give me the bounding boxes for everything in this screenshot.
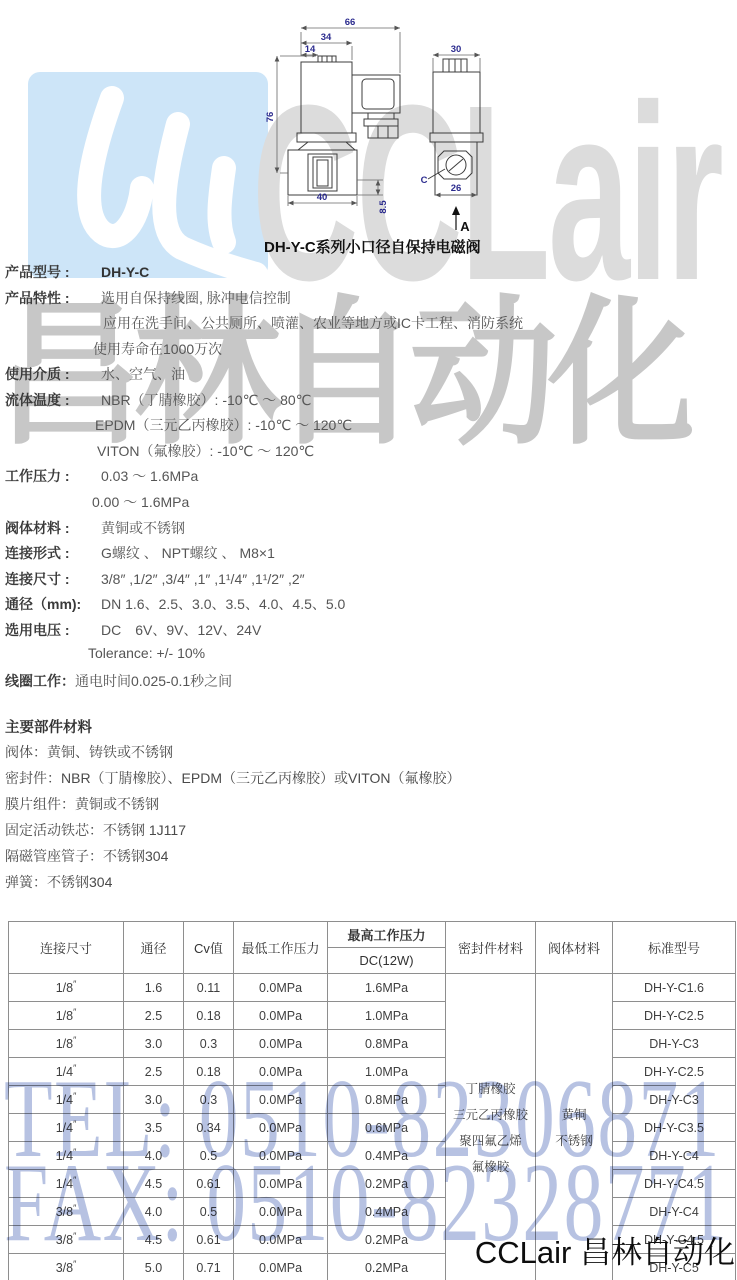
spec-value: VITON（氟橡胶）: -10℃ ～ 120℃	[97, 443, 314, 459]
spec-value: 0.00 ～ 1.6MPa	[92, 494, 189, 510]
drawing-title: DH-Y-C系列小口径自保持电磁阀	[264, 236, 481, 257]
cell-model: DH-Y-C4.5	[613, 1170, 736, 1198]
spec-label: 工作压力 :	[5, 466, 101, 486]
dim-8-5: 8.5	[378, 200, 389, 214]
cell-dn: 1.6	[124, 974, 184, 1002]
seal-material-line: 三元乙丙橡胶	[446, 1102, 535, 1128]
inch-mark: ″	[73, 1119, 76, 1129]
cell-dn: 3.0	[124, 1086, 184, 1114]
cell-dn: 4.5	[124, 1170, 184, 1198]
spec-value: 应用在洗手间、公共厕所、喷灌、农业等地方或IC卡工程、消防系统	[103, 315, 523, 331]
spec-label: 通径（mm):	[5, 594, 101, 614]
inch-mark: ″	[73, 1175, 76, 1185]
spec-value: 水、空气、油	[101, 366, 185, 382]
table-row: 1/4″4.50.610.0MPa0.2MPaDH-Y-C4.5	[9, 1170, 736, 1198]
spec-value: 使用寿命在1000万次	[93, 341, 222, 357]
cell-min-pressure: 0.0MPa	[234, 974, 328, 1002]
cell-max-pressure: 0.8MPa	[328, 1086, 446, 1114]
spec-line: EPDM（三元乙丙橡胶）: -10℃ ～ 120℃	[95, 415, 352, 435]
cell-cv: 0.3	[184, 1086, 234, 1114]
cell-model: DH-Y-C3	[613, 1030, 736, 1058]
spec-line: 通径（mm): DN 1.6、2.5、3.0、3.5、4.0、4.5、5.0	[5, 594, 345, 614]
cell-cv: 0.5	[184, 1142, 234, 1170]
spec-line: 应用在洗手间、公共厕所、喷灌、农业等地方或IC卡工程、消防系统	[103, 313, 523, 333]
spec-line: 使用寿命在1000万次	[93, 339, 222, 359]
dim-26: 26	[451, 183, 462, 194]
cell-min-pressure: 0.0MPa	[234, 1086, 328, 1114]
body-material-line: 不锈钢	[536, 1128, 612, 1154]
spec-line: 工作压力 : 0.03 ～ 1.6MPa	[5, 466, 198, 486]
material-item: 阀体：黄铜、铸铁或不锈钢	[5, 742, 173, 762]
spec-value: 选用自保持线圈, 脉冲电信控制	[101, 290, 291, 306]
table-row: 1/4″3.50.340.0MPa0.6MPaDH-Y-C3.5	[9, 1114, 736, 1142]
col-header-max: 最高工作压力	[328, 922, 446, 948]
valve-front-view	[288, 56, 400, 195]
table-row: 1/8″2.50.180.0MPa1.0MPaDH-Y-C2.5	[9, 1002, 736, 1030]
material-item: 固定活动铁芯：不锈钢 1J117	[5, 820, 186, 840]
col-header-model: 标准型号	[613, 922, 736, 974]
label-a: A	[460, 219, 470, 234]
spec-label: 连接尺寸 :	[5, 569, 101, 589]
cell-conn-size: 3/8″	[9, 1226, 124, 1254]
cell-min-pressure: 0.0MPa	[234, 1058, 328, 1086]
seal-material-line: 聚四氟乙烯	[446, 1128, 535, 1154]
brand-logo-square	[28, 72, 268, 278]
cell-max-pressure: 1.0MPa	[328, 1002, 446, 1030]
spec-line: 选用电压 : DC 6V、9V、12V、24V	[5, 620, 261, 640]
cell-cv: 0.3	[184, 1030, 234, 1058]
cell-max-pressure: 0.2MPa	[328, 1254, 446, 1280]
technical-drawing: 66 34 14 76 40 8.5 30 26 C A	[258, 10, 518, 240]
cell-cv: 0.61	[184, 1170, 234, 1198]
inch-mark: ″	[73, 1259, 76, 1269]
cell-cv: 0.18	[184, 1002, 234, 1030]
spec-label: 流体温度 :	[5, 390, 101, 410]
inch-mark: ″	[73, 1007, 76, 1017]
cell-dn: 4.0	[124, 1142, 184, 1170]
col-header-conn: 连接尺寸	[9, 922, 124, 974]
spec-value: NBR（丁腈橡胶）: -10℃ ～ 80℃	[101, 392, 311, 408]
dim-30: 30	[451, 44, 462, 55]
spec-value: EPDM（三元乙丙橡胶）: -10℃ ～ 120℃	[95, 417, 352, 433]
cell-cv: 0.34	[184, 1114, 234, 1142]
spec-label: 线圈工作：	[5, 671, 75, 691]
table-row: 1/4″4.00.50.0MPa0.4MPaDH-Y-C4	[9, 1142, 736, 1170]
spec-value: G螺纹 、 NPT螺纹 、 M8×1	[101, 545, 275, 561]
col-header-seal: 密封件材料	[446, 922, 536, 974]
logo-swoosh-icon	[28, 72, 268, 278]
cell-max-pressure: 1.0MPa	[328, 1058, 446, 1086]
table-row: 1/4″3.00.30.0MPa0.8MPaDH-Y-C3	[9, 1086, 736, 1114]
spec-line: 连接尺寸 : 3/8″ ,1/2″ ,3/4″ ,1″ ,1¹/4″ ,1¹/2…	[5, 569, 305, 589]
spec-label: 阀体材料 :	[5, 518, 101, 538]
dim-14: 14	[305, 44, 316, 55]
materials-heading: 主要部件材料	[5, 716, 92, 737]
cell-model: DH-Y-C2.5	[613, 1058, 736, 1086]
spec-line: 线圈工作：通电时间0.025-0.1秒之间	[5, 671, 232, 691]
cell-min-pressure: 0.0MPa	[234, 1198, 328, 1226]
col-header-body: 阀体材料	[536, 922, 613, 974]
cell-model: DH-Y-C1.6	[613, 974, 736, 1002]
spec-line: 使用介质 : 水、空气、油	[5, 364, 185, 384]
dim-76: 76	[265, 112, 276, 123]
spec-label: 选用电压 :	[5, 620, 101, 640]
spec-value: 黄铜或不锈钢	[101, 520, 185, 536]
spec-label: 产品型号 :	[5, 262, 101, 282]
cell-max-pressure: 0.6MPa	[328, 1114, 446, 1142]
cell-dn: 4.5	[124, 1226, 184, 1254]
inch-mark: ″	[73, 1035, 76, 1045]
cell-cv: 0.71	[184, 1254, 234, 1280]
cell-conn-size: 3/8″	[9, 1198, 124, 1226]
dim-34: 34	[321, 32, 332, 43]
material-item: 密封件：NBR（丁腈橡胶）、EPDM（三元乙丙橡胶）或VITON（氟橡胶）	[5, 768, 461, 788]
seal-material-line: 丁腈橡胶	[446, 1076, 535, 1102]
cell-max-pressure: 0.2MPa	[328, 1170, 446, 1198]
cell-model: DH-Y-C2.5	[613, 1002, 736, 1030]
cell-min-pressure: 0.0MPa	[234, 1142, 328, 1170]
cell-max-pressure: 0.2MPa	[328, 1226, 446, 1254]
spec-value: 通电时间0.025-0.1秒之间	[75, 673, 232, 689]
col-header-dn: 通径	[124, 922, 184, 974]
cell-conn-size: 1/4″	[9, 1142, 124, 1170]
table-row: 3/8″4.00.50.0MPa0.4MPaDH-Y-C4	[9, 1198, 736, 1226]
spec-value: 3/8″ ,1/2″ ,3/4″ ,1″ ,1¹/4″ ,1¹/2″ ,2″	[101, 571, 305, 587]
cell-cv: 0.5	[184, 1198, 234, 1226]
cell-cv: 0.18	[184, 1058, 234, 1086]
spec-line: 连接形式 : G螺纹 、 NPT螺纹 、 M8×1	[5, 543, 275, 563]
cell-dn: 2.5	[124, 1058, 184, 1086]
inch-mark: ″	[73, 979, 76, 989]
footer-brand: CCLair 昌林自动化	[475, 1236, 735, 1270]
table-row: 1/8″3.00.30.0MPa0.8MPaDH-Y-C3	[9, 1030, 736, 1058]
datasheet-page: CCLair 昌林自动化	[0, 0, 737, 1280]
cell-min-pressure: 0.0MPa	[234, 1114, 328, 1142]
inch-mark: ″	[73, 1203, 76, 1213]
cell-conn-size: 1/4″	[9, 1170, 124, 1198]
body-material-line: 黄铜	[536, 1102, 612, 1128]
material-item: 膜片组件：黄铜或不锈钢	[5, 794, 159, 814]
spec-table: 连接尺寸 通径 Cv值 最低工作压力 最高工作压力 密封件材料 阀体材料 标准型…	[8, 921, 736, 1280]
cell-max-pressure: 0.8MPa	[328, 1030, 446, 1058]
cell-conn-size: 3/8″	[9, 1254, 124, 1280]
cell-conn-size: 1/4″	[9, 1058, 124, 1086]
spec-line: Tolerance: +/- 10%	[88, 645, 205, 661]
spec-value: DN 1.6、2.5、3.0、3.5、4.0、4.5、5.0	[101, 596, 345, 612]
spec-line: VITON（氟橡胶）: -10℃ ～ 120℃	[97, 441, 314, 461]
cell-min-pressure: 0.0MPa	[234, 1226, 328, 1254]
spec-line: 产品特性 : 选用自保持线圈, 脉冲电信控制	[5, 288, 291, 308]
label-c: C	[421, 175, 428, 186]
spec-label: 连接形式 :	[5, 543, 101, 563]
cell-dn: 3.5	[124, 1114, 184, 1142]
col-header-min: 最低工作压力	[234, 922, 328, 974]
cell-cv: 0.61	[184, 1226, 234, 1254]
cell-min-pressure: 0.0MPa	[234, 1254, 328, 1280]
spec-value: DC 6V、9V、12V、24V	[101, 622, 261, 638]
spec-line: 0.00 ～ 1.6MPa	[92, 492, 189, 512]
inch-mark: ″	[73, 1147, 76, 1157]
dim-40: 40	[317, 192, 328, 203]
table-row: 1/4″2.50.180.0MPa1.0MPaDH-Y-C2.5	[9, 1058, 736, 1086]
cell-cv: 0.11	[184, 974, 234, 1002]
cell-min-pressure: 0.0MPa	[234, 1030, 328, 1058]
col-header-max-sub: DC(12W)	[328, 948, 446, 974]
valve-side-view	[428, 59, 483, 230]
spec-line: 流体温度 : NBR（丁腈橡胶）: -10℃ ～ 80℃	[5, 390, 311, 410]
cell-model: DH-Y-C4	[613, 1198, 736, 1226]
cell-conn-size: 1/8″	[9, 974, 124, 1002]
cell-model: DH-Y-C3	[613, 1086, 736, 1114]
inch-mark: ″	[73, 1091, 76, 1101]
inch-mark: ″	[73, 1063, 76, 1073]
spec-value: DH-Y-C	[101, 264, 149, 280]
cell-conn-size: 1/4″	[9, 1114, 124, 1142]
cell-conn-size: 1/4″	[9, 1086, 124, 1114]
seal-material-line: 氟橡胶	[446, 1154, 535, 1180]
cell-min-pressure: 0.0MPa	[234, 1002, 328, 1030]
spec-line: 阀体材料 : 黄铜或不锈钢	[5, 518, 185, 538]
spec-line: 产品型号 : DH-Y-C	[5, 262, 149, 282]
cell-max-pressure: 1.6MPa	[328, 974, 446, 1002]
inch-mark: ″	[73, 1231, 76, 1241]
spec-value: 0.03 ～ 1.6MPa	[101, 468, 198, 484]
cell-conn-size: 1/8″	[9, 1002, 124, 1030]
dim-66: 66	[345, 17, 356, 28]
col-header-cv: Cv值	[184, 922, 234, 974]
cell-min-pressure: 0.0MPa	[234, 1170, 328, 1198]
cell-dn: 5.0	[124, 1254, 184, 1280]
spec-value: Tolerance: +/- 10%	[88, 645, 205, 661]
cell-model: DH-Y-C4	[613, 1142, 736, 1170]
cell-max-pressure: 0.4MPa	[328, 1142, 446, 1170]
cell-dn: 4.0	[124, 1198, 184, 1226]
spec-label: 使用介质 :	[5, 364, 101, 384]
material-item: 隔磁管座管子：不锈钢304	[5, 846, 168, 866]
cell-conn-size: 1/8″	[9, 1030, 124, 1058]
table-row: 1/8″1.60.110.0MPa1.6MPa丁腈橡胶三元乙丙橡胶聚四氟乙烯氟橡…	[9, 974, 736, 1002]
cell-model: DH-Y-C3.5	[613, 1114, 736, 1142]
cell-dn: 3.0	[124, 1030, 184, 1058]
material-item: 弹簧：不锈钢304	[5, 872, 112, 892]
cell-dn: 2.5	[124, 1002, 184, 1030]
spec-label: 产品特性 :	[5, 288, 101, 308]
cell-max-pressure: 0.4MPa	[328, 1198, 446, 1226]
spec-table-wrap: 连接尺寸 通径 Cv值 最低工作压力 最高工作压力 密封件材料 阀体材料 标准型…	[8, 921, 736, 1280]
